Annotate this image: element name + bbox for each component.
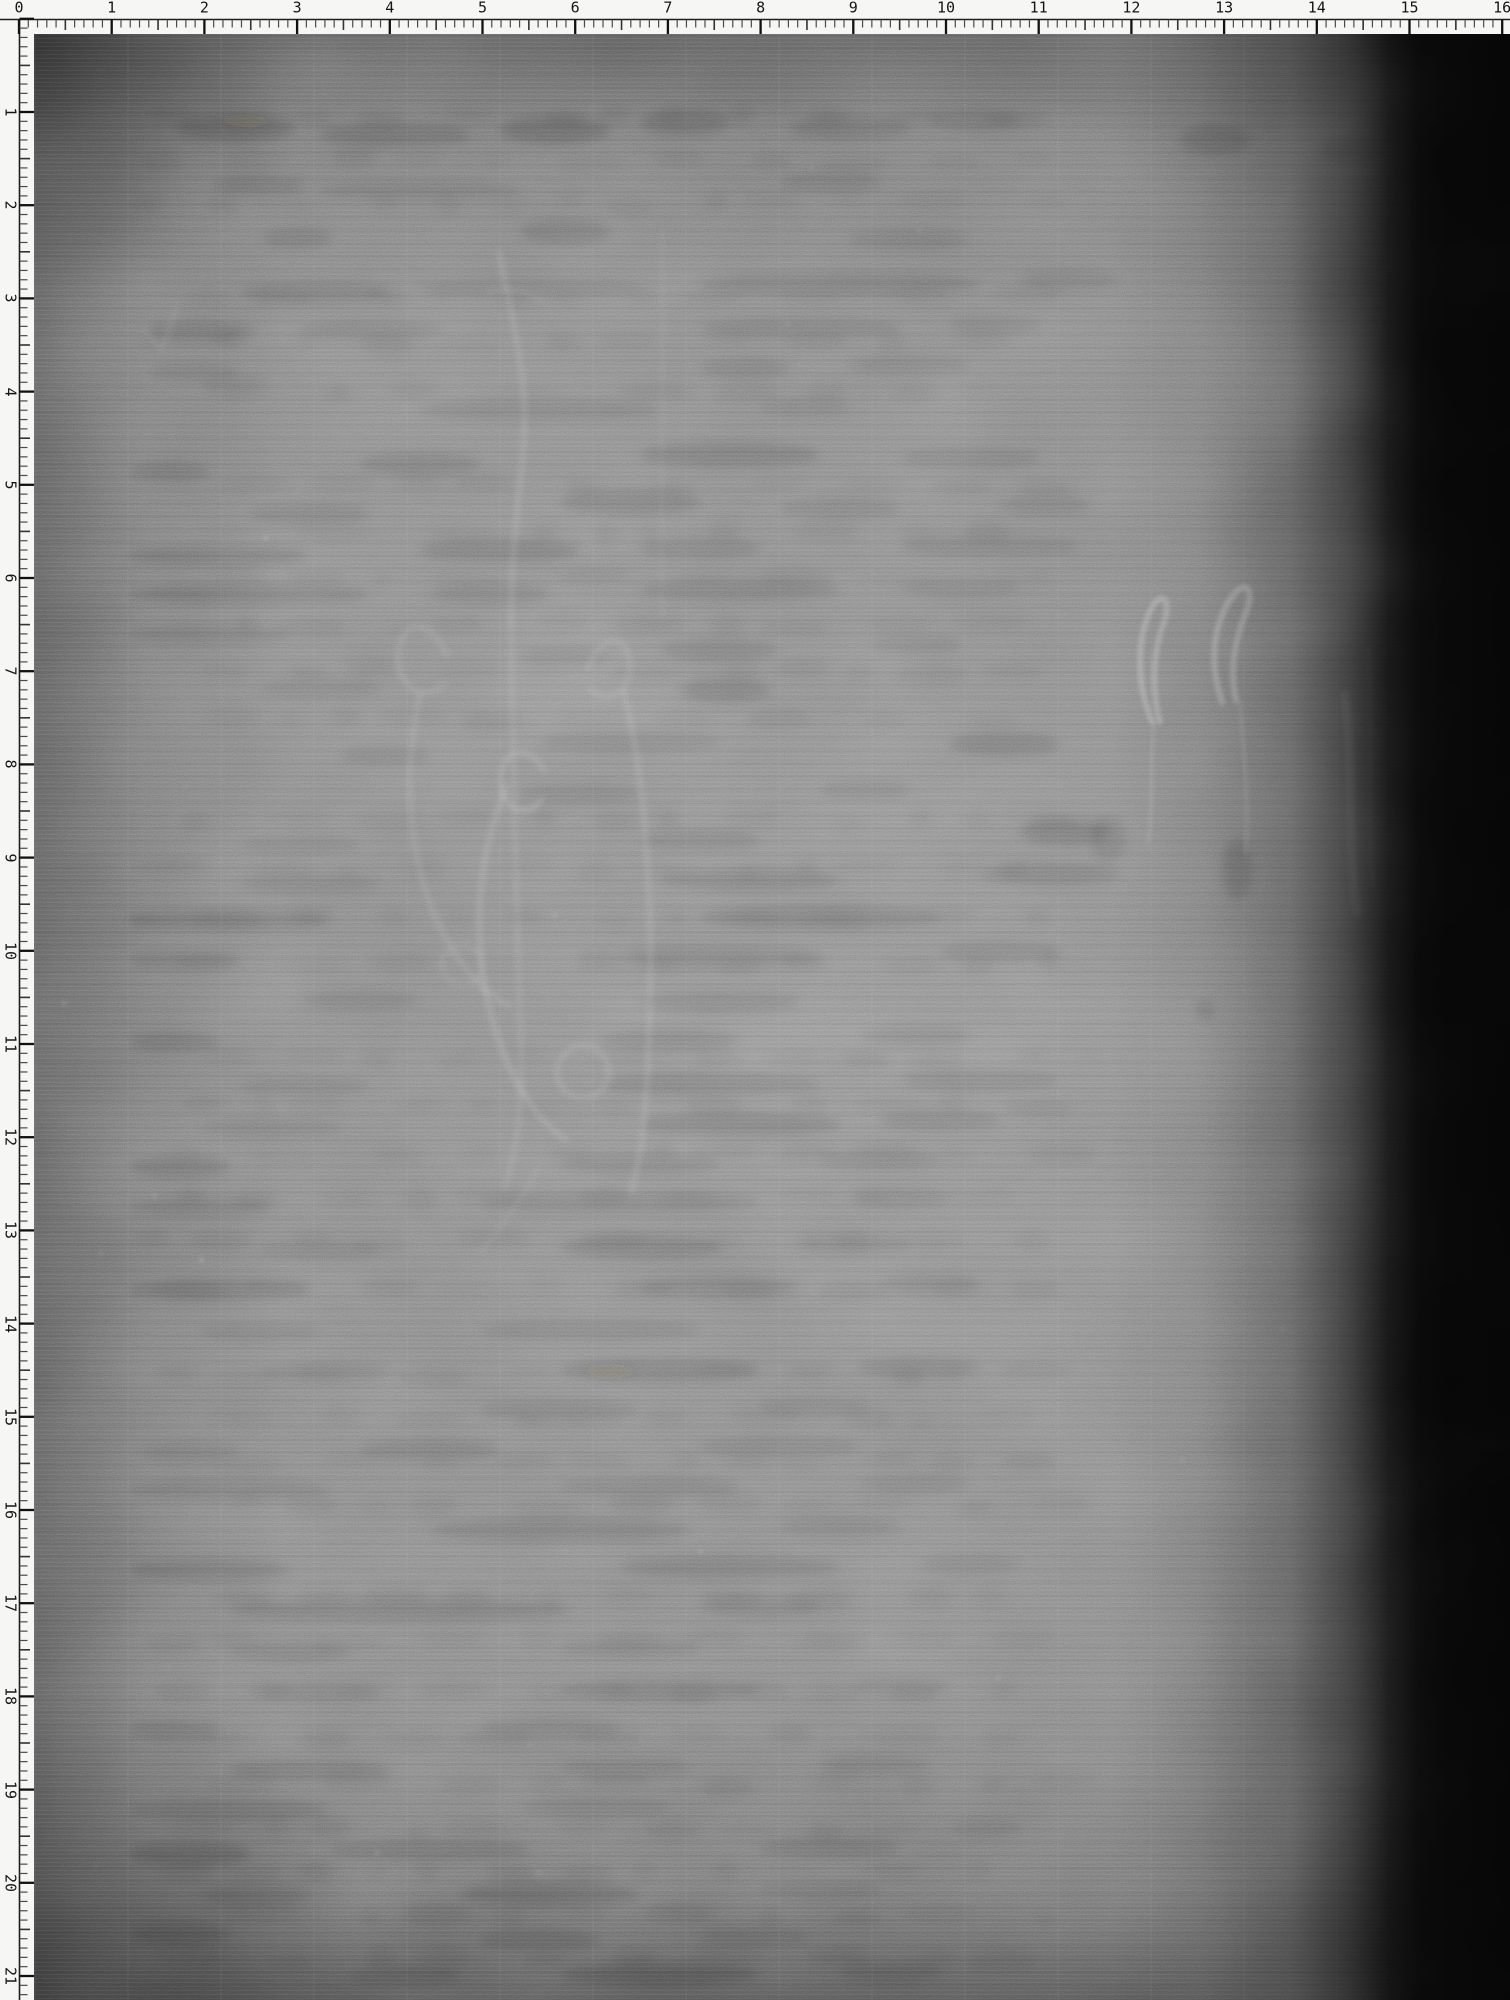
vertical-ruler-scale: [0, 0, 34, 2000]
watermark-photo-viewport: 0123456789101112131415161234567891011121…: [0, 0, 1510, 2000]
artifact-layer: [0, 0, 1510, 2000]
wax-streaks: [61, 165, 1373, 1876]
horizontal-ruler-scale: [0, 0, 1510, 34]
text-showthrough-layer: [128, 105, 1380, 1986]
